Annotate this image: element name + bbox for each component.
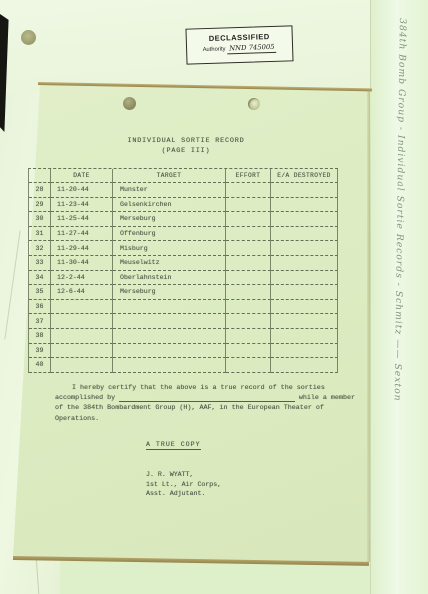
row-target <box>113 358 226 373</box>
row-effort <box>226 183 271 198</box>
row-num: 37 <box>29 314 51 329</box>
page-title-line1: INDIVIDUAL SORTIE RECORD <box>106 136 266 146</box>
row-effort <box>226 314 271 329</box>
row-effort <box>226 329 271 344</box>
row-target: Misburg <box>113 241 226 256</box>
row-num: 31 <box>29 227 51 242</box>
row-ea <box>271 183 338 198</box>
row-num: 35 <box>29 285 51 300</box>
row-date <box>51 329 113 344</box>
declassified-stamp: DECLASSIFIED Authority NND 745005 <box>185 25 293 64</box>
row-num: 39 <box>29 344 51 359</box>
row-num: 33 <box>29 256 51 271</box>
row-effort <box>226 227 271 242</box>
row-target: Gelsenkirchen <box>113 198 226 213</box>
stamp-title: DECLASSIFIED <box>187 31 292 43</box>
row-date <box>51 300 113 315</box>
row-ea <box>271 314 338 329</box>
col-header-target: TARGET <box>113 169 226 183</box>
scanned-document: DECLASSIFIED Authority NND 745005 INDIVI… <box>0 0 428 594</box>
row-effort <box>226 271 271 286</box>
row-effort <box>226 358 271 373</box>
certification-line2-after: while a member <box>299 393 355 403</box>
certification-paragraph: I hereby certify that the above is a tru… <box>55 383 355 424</box>
row-ea <box>271 271 338 286</box>
row-date <box>51 358 113 373</box>
row-effort <box>226 300 271 315</box>
certification-line4: Operations. <box>55 414 355 424</box>
row-effort <box>226 212 271 227</box>
row-effort <box>226 256 271 271</box>
row-target: Merseburg <box>113 212 226 227</box>
row-ea <box>271 256 338 271</box>
row-num: 29 <box>29 198 51 213</box>
row-effort <box>226 198 271 213</box>
row-date: 11-27-44 <box>51 227 113 242</box>
row-date: 11-20-44 <box>51 183 113 198</box>
row-target: Offenburg <box>113 227 226 242</box>
row-target: Oberlahnstein <box>113 271 226 286</box>
row-target <box>113 329 226 344</box>
certification-line2: accomplished by while a member <box>55 393 355 403</box>
row-num: 30 <box>29 212 51 227</box>
page-right-edge <box>367 90 370 562</box>
row-target <box>113 344 226 359</box>
page-title: INDIVIDUAL SORTIE RECORD (PAGE III) <box>106 136 266 156</box>
certification-line1: I hereby certify that the above is a tru… <box>55 383 355 393</box>
row-ea <box>271 285 338 300</box>
row-date <box>51 314 113 329</box>
signature-role: Asst. Adjutant. <box>146 489 221 499</box>
row-ea <box>271 198 338 213</box>
row-target: Munster <box>113 183 226 198</box>
stamp-authority-value: NND 745005 <box>227 43 277 54</box>
col-header-ea-destroyed: E/A DESTROYED <box>271 169 338 183</box>
sortie-table: DATE TARGET EFFORT E/A DESTROYED 28 11-2… <box>28 168 338 373</box>
row-num: 38 <box>29 329 51 344</box>
col-header-effort: EFFORT <box>226 169 271 183</box>
row-num: 32 <box>29 241 51 256</box>
punch-hole <box>21 30 36 45</box>
row-num: 40 <box>29 358 51 373</box>
row-ea <box>271 344 338 359</box>
true-copy-label: A TRUE COPY <box>146 441 201 450</box>
row-ea <box>271 358 338 373</box>
signature-block: J. R. WYATT, 1st Lt., Air Corps, Asst. A… <box>146 470 221 499</box>
row-ea <box>271 300 338 315</box>
col-header-date: DATE <box>51 169 113 183</box>
row-date <box>51 344 113 359</box>
row-date: 11-25-44 <box>51 212 113 227</box>
page-title-line2: (PAGE III) <box>106 146 266 156</box>
row-date: 11-30-44 <box>51 256 113 271</box>
row-num: 34 <box>29 271 51 286</box>
signature-rank: 1st Lt., Air Corps, <box>146 480 221 490</box>
row-ea <box>271 241 338 256</box>
row-effort <box>226 241 271 256</box>
col-header-num <box>29 169 51 183</box>
row-target: Merseburg <box>113 285 226 300</box>
row-date: 12-6-44 <box>51 285 113 300</box>
row-target <box>113 300 226 315</box>
row-target: Meuselwitz <box>113 256 226 271</box>
row-target <box>113 314 226 329</box>
signature-name: J. R. WYATT, <box>146 470 221 480</box>
stamp-authority-label: Authority <box>203 46 226 53</box>
row-num: 36 <box>29 300 51 315</box>
stamp-authority: Authority NND 745005 <box>187 42 292 53</box>
punch-hole <box>123 97 136 110</box>
row-num: 28 <box>29 183 51 198</box>
row-ea <box>271 227 338 242</box>
row-effort <box>226 285 271 300</box>
certification-line3: of the 384th Bombardment Group (H), AAF,… <box>55 403 355 413</box>
row-ea <box>271 329 338 344</box>
row-ea <box>271 212 338 227</box>
row-date: 12-2-44 <box>51 271 113 286</box>
name-blank-line <box>119 395 295 402</box>
row-effort <box>226 344 271 359</box>
certification-line2-before: accomplished by <box>55 393 115 403</box>
row-date: 11-29-44 <box>51 241 113 256</box>
row-date: 11-23-44 <box>51 198 113 213</box>
punch-hole <box>248 98 260 110</box>
